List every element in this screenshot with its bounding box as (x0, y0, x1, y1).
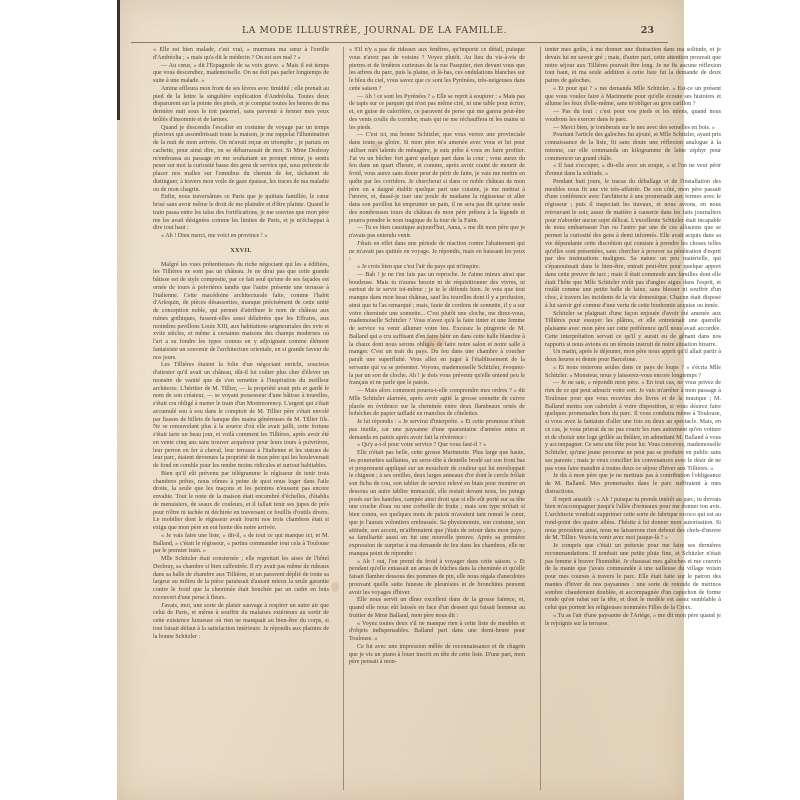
paragraph: « Ah ! oui, l'on prend du froid à voyage… (349, 559, 525, 598)
column-divider (540, 47, 541, 790)
paragraph: Je dis à mon père que je ne mettrais pas… (545, 473, 721, 496)
paragraph: Schitzler se plaignait d'une façon enjou… (545, 311, 721, 350)
paragraph: — Au cœur, » dit l'Espagnole de sa voix … (153, 63, 329, 86)
chapter-heading: XXVII. (153, 247, 329, 255)
paragraph: Je lui répondis : « Je servirai d'interp… (349, 419, 525, 442)
paragraph: tenter mes goûts, à me donner une distra… (545, 47, 721, 86)
column-divider (343, 47, 344, 790)
paragraph: « Elle est bien malade, c'est vrai, » mu… (153, 47, 329, 63)
page-number: 23 (641, 25, 654, 36)
paragraph: — C'est ici, ma bonne Schitzler, que vou… (349, 132, 525, 225)
paragraph: Mlle Schitzler était consternée ; elle r… (153, 556, 329, 603)
paragraph: J'étais en effet dans une période de réa… (349, 241, 525, 264)
paragraph: Je compris que c'était un prétexte pour … (545, 543, 721, 613)
paragraph: Quand je descendis l'escalier en costume… (153, 125, 329, 195)
paragraph: « S'il n'y a pas de rideaux aux fenêtres… (349, 47, 525, 94)
paragraph: « Je vais faire une liste, » dit-il, « d… (153, 533, 329, 556)
paragraph: Malgré les vues prétentieuses du riche n… (153, 262, 329, 363)
paragraph: « Et pour qui ? » me demanda Mlle Schitz… (545, 86, 721, 109)
paragraph: — Je ne sais, » répondit mon père. « En … (545, 380, 721, 473)
paragraph: Un matin, après le déjeuner, mon père no… (545, 349, 721, 365)
text-column-3: tenter mes goûts, à me donner une distra… (545, 47, 721, 628)
paragraph: « Ah ! Dieu merci, me voici en province … (153, 233, 329, 241)
running-header: LA MODE ILLUSTRÉE, JOURNAL DE LA FAMILLE… (117, 25, 684, 39)
text-column-1: « Elle est bien malade, c'est vrai, » mu… (153, 47, 329, 641)
paragraph: Il reprit aussitôt : « Ah ! puisque tu p… (545, 497, 721, 544)
paragraph: — Bah ! je ne t'en fais pas un reproche.… (349, 272, 525, 388)
paragraph: « Et nous resterons seules dans ce pays … (545, 365, 721, 381)
paragraph: J'avais, moi, une sorte de plaisir sauva… (153, 603, 329, 642)
paragraph: Pourtant l'article des galoches fut ajou… (545, 132, 721, 163)
paragraph: Amine effleura mon front de ses lèvres a… (153, 86, 329, 125)
page-binding-edge (117, 0, 120, 120)
paragraph: Enfin, nous traversâmes ce Paris que je … (153, 194, 329, 233)
paragraph: « Il faut s'occuper, » dit-elle avec un … (545, 163, 721, 179)
paragraph: Les Tillières étaient la folie d'un négo… (153, 362, 329, 471)
text-column-2: « S'il n'y a pas de rideaux aux fenêtres… (349, 47, 525, 667)
paper-stain (331, 582, 339, 592)
paragraph: — Ah ! ce sont les Pyrénées ? » Elle se … (349, 94, 525, 133)
paragraph: « Je crois bien que c'est l'air du pays … (349, 264, 525, 272)
paragraph: — Mais alors comment pourra-t-elle compr… (349, 388, 525, 419)
paragraph: Pendant huit jours, le tracas du déballa… (545, 179, 721, 311)
paragraph: — Pas du tout : c'est pour vos pieds et … (545, 109, 721, 125)
paragraph: « Voyez toutes deux s'il ne manque rien … (349, 621, 525, 644)
magazine-page: LA MODE ILLUSTRÉE, JOURNAL DE LA FAMILLE… (117, 0, 684, 800)
journal-title: LA MODE ILLUSTRÉE, JOURNAL DE LA FAMILLE… (242, 25, 507, 36)
paragraph: « Tu as l'air d'une paysanne de l'Ariège… (545, 613, 721, 629)
paragraph: Elle n'était pas belle, cette grosse Mar… (349, 450, 525, 559)
paragraph: Elle nous servit un dîner excellent dans… (349, 597, 525, 620)
paragraph: Ce fut avec une impression mêlée de reco… (349, 644, 525, 667)
paragraph: Bien qu'il eût prévenu par télégramme le… (153, 471, 329, 533)
paragraph: — Tu es bien caustique aujourd'hui, Anna… (349, 225, 525, 241)
header-rule (131, 42, 668, 43)
paragraph: « Qu'y a-t-il pour votre service ? Que v… (349, 442, 525, 450)
